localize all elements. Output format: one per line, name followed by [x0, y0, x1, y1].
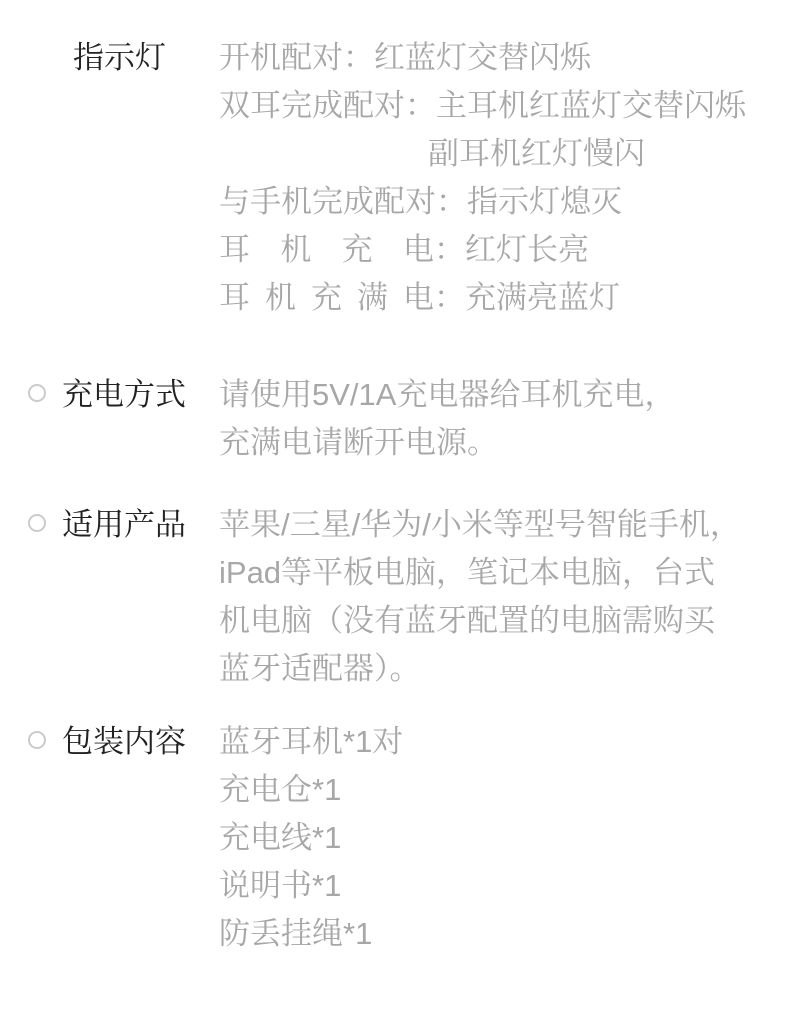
spec-line-value: 红蓝灯交替闪烁	[374, 40, 591, 75]
spec-line-key: 耳机充电	[219, 226, 434, 274]
spec-line-value: 副耳机红灯慢闪	[428, 136, 645, 171]
spec-line: 与手机完成配对：指示灯熄灭	[219, 178, 746, 226]
spec-line: 开机配对：红蓝灯交替闪烁	[219, 34, 746, 82]
spec-line-value: 红灯长亮	[465, 232, 589, 267]
spec-line-colon: ：	[405, 88, 436, 123]
spec-line: 防丢挂绳*1	[219, 910, 403, 958]
spec-label-compatible-products: 适用产品	[62, 501, 186, 549]
spec-line-value: 指示灯熄灭	[467, 184, 622, 219]
spec-label-indicator-light: 指示灯	[73, 34, 166, 82]
spec-line-colon: ：	[434, 280, 465, 315]
spec-line: 充电仓*1	[219, 766, 403, 814]
spec-line: 说明书*1	[219, 862, 403, 910]
bullet-circle-icon	[28, 514, 46, 532]
spec-values-compatible-products: 苹果/三星/华为/小米等型号智能手机， iPad等平板电脑，笔记本电脑，台式 机…	[219, 501, 741, 693]
spec-line: 耳机充电：红灯长亮	[219, 226, 746, 274]
spec-line-colon: ：	[436, 184, 467, 219]
spec-line: 充满电请断开电源。	[219, 419, 675, 467]
spec-line: 耳机充满电：充满亮蓝灯	[219, 274, 746, 322]
spec-line-continuation: 副耳机红灯慢闪	[219, 130, 746, 178]
spec-values-package-contents: 蓝牙耳机*1对 充电仓*1 充电线*1 说明书*1 防丢挂绳*1	[219, 718, 403, 958]
spec-line-colon: ：	[434, 232, 465, 267]
spec-line: 机电脑（没有蓝牙配置的电脑需购买	[219, 597, 741, 645]
spec-line-value: 主耳机红蓝灯交替闪烁	[436, 88, 746, 123]
spec-line: 苹果/三星/华为/小米等型号智能手机，	[219, 501, 741, 549]
spec-line: 请使用5V/1A充电器给耳机充电，	[219, 371, 675, 419]
spec-line-value: 充满亮蓝灯	[465, 280, 620, 315]
spec-values-indicator-light: 开机配对：红蓝灯交替闪烁 双耳完成配对：主耳机红蓝灯交替闪烁 副耳机红灯慢闪 与…	[219, 34, 746, 322]
bullet-circle-icon	[28, 731, 46, 749]
spec-line-key: 双耳完成配对	[219, 88, 405, 123]
spec-line: iPad等平板电脑，笔记本电脑，台式	[219, 549, 741, 597]
spec-label-charging-method: 充电方式	[62, 371, 186, 419]
spec-line: 蓝牙耳机*1对	[219, 718, 403, 766]
spec-line: 双耳完成配对：主耳机红蓝灯交替闪烁	[219, 82, 746, 130]
spec-values-charging-method: 请使用5V/1A充电器给耳机充电， 充满电请断开电源。	[219, 371, 675, 467]
spec-line: 充电线*1	[219, 814, 403, 862]
bullet-circle-icon	[28, 384, 46, 402]
product-spec-sheet: 指示灯 开机配对：红蓝灯交替闪烁 双耳完成配对：主耳机红蓝灯交替闪烁 副耳机红灯…	[0, 0, 790, 1009]
spec-line-key: 与手机完成配对	[219, 184, 436, 219]
spec-line-key: 开机配对	[219, 40, 343, 75]
spec-label-package-contents: 包装内容	[62, 718, 186, 766]
spec-line-colon: ：	[343, 40, 374, 75]
spec-line-key: 耳机充满电	[219, 274, 434, 322]
spec-line: 蓝牙适配器）。	[219, 645, 741, 693]
